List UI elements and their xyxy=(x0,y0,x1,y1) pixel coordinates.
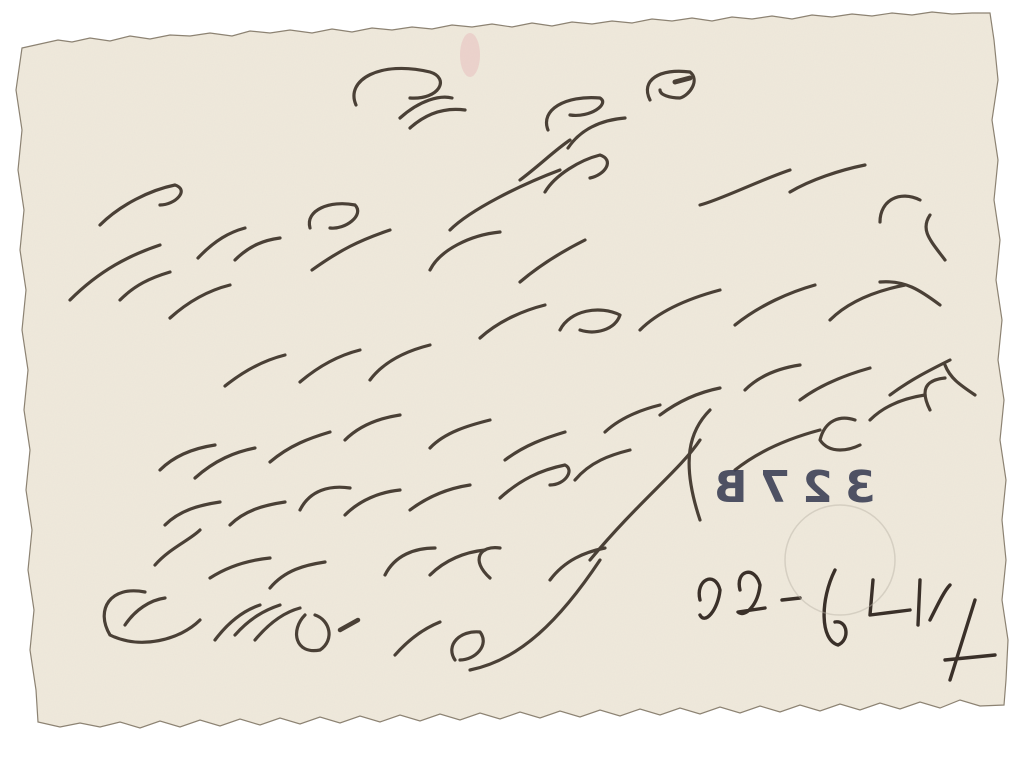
inventory-stamp: 327B xyxy=(702,462,875,513)
postcard xyxy=(0,0,1018,759)
pink-smudge xyxy=(460,33,480,77)
